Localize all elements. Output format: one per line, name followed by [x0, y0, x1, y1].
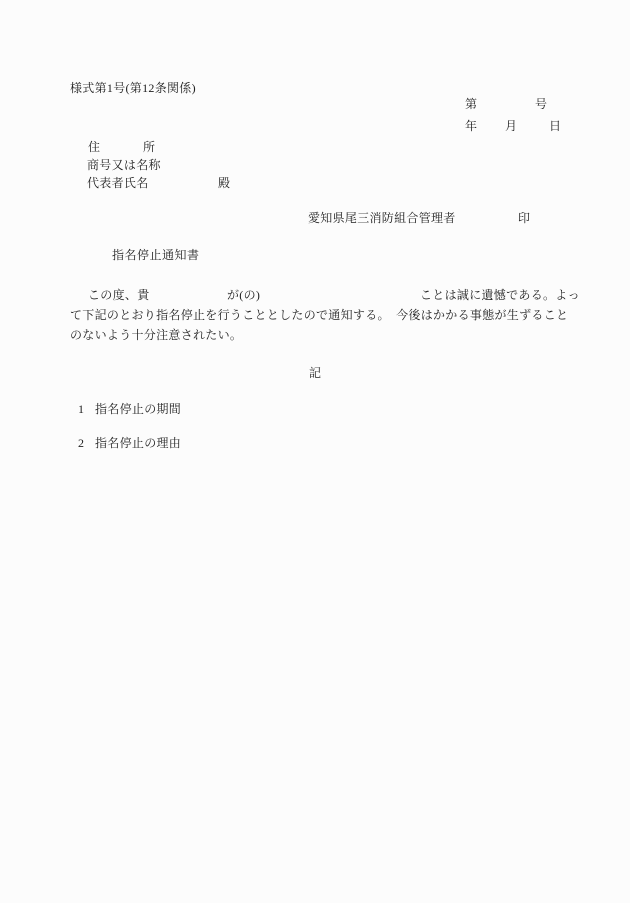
body-line3: のないよう十分注意されたい。	[70, 327, 242, 343]
document-title: 指名停止通知書	[112, 247, 200, 263]
doc-number-suffix: 号	[535, 96, 547, 112]
date-year-label: 年	[465, 118, 477, 134]
sender-authority-name: 愛知県尾三消防組合管理者	[308, 210, 456, 226]
seal-placeholder: 印	[518, 210, 530, 226]
body-line1-middle: が(の)	[227, 287, 260, 303]
doc-number-prefix: 第	[465, 96, 477, 112]
date-month-label: 月	[505, 118, 517, 134]
recipient-company-label: 商号又は名称	[87, 157, 161, 173]
recipient-representative-label: 代表者氏名	[87, 175, 149, 191]
record-marker: 記	[309, 365, 321, 381]
item-label: 指名停止の理由	[95, 435, 181, 451]
date-day-label: 日	[549, 118, 561, 134]
item-label: 指名停止の期間	[95, 401, 181, 417]
body-line2: て下記のとおり指名停止を行うこととしたので通知する。 今後はかかる事態が生ずるこ…	[70, 307, 568, 323]
document-page: 様式第1号(第12条関係) 第 号 年 月 日 住 所 商号又は名称 代表者氏名…	[0, 0, 630, 903]
recipient-address-label-first: 住	[88, 139, 100, 155]
form-number: 様式第1号(第12条関係)	[70, 80, 196, 96]
recipient-honorific: 殿	[218, 175, 230, 191]
item-number: 1	[78, 401, 84, 417]
body-line1-tail: ことは誠に遺憾である。よっ	[420, 287, 580, 303]
body-line1-lead: この度、貴	[88, 287, 150, 303]
item-number: 2	[78, 435, 84, 451]
recipient-address-label-second: 所	[143, 139, 155, 155]
